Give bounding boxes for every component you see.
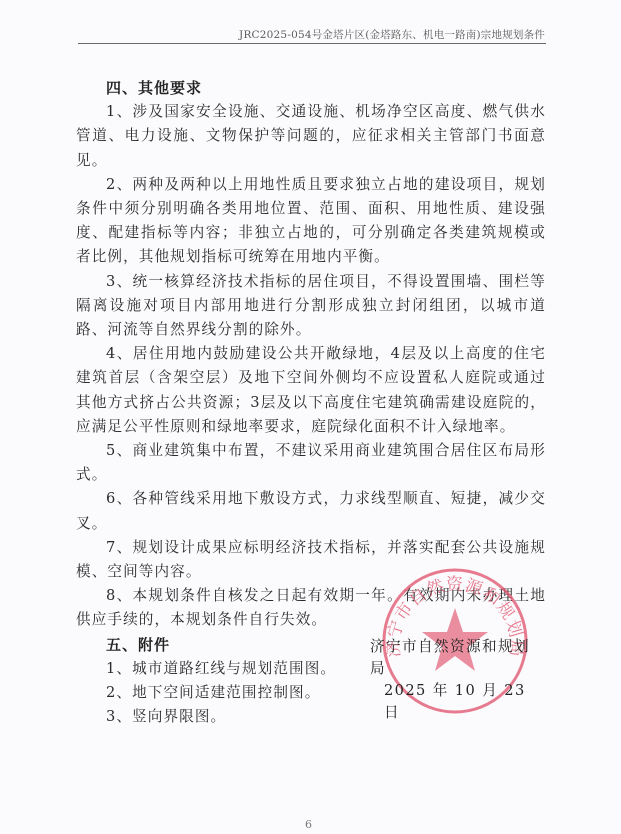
requirement-item-6: 6、各种管线采用地下敷设方式，力求线型顺直、短捷，减少交叉。 [76, 487, 546, 535]
signature-block: 济宁市自然资源和规划局 2025 年 10 月 23 日 [370, 636, 540, 724]
section-heading-other-requirements: 四、其他要求 [76, 76, 546, 100]
signature-date: 2025 年 10 月 23 日 [370, 680, 540, 724]
page-number: 6 [305, 818, 312, 831]
requirement-item-3: 3、统一核算经济技术指标的居住项目，不得设置围墙、围栏等隔离设施对项目内部用地进… [76, 270, 546, 343]
requirement-item-4: 4、居住用地内鼓励建设公共开敞绿地，4层及以上高度的住宅建筑首层（含架空层）及地… [76, 342, 546, 439]
requirement-item-2: 2、两种及两种以上用地性质且要求独立占地的建设项目，规划条件中须分别明确各类用地… [76, 173, 546, 270]
document-page: JRC2025-054号金塔片区(金塔路东、机电一路南)宗地规划条件 四、其他要… [0, 0, 621, 834]
header-divider [78, 43, 546, 44]
signature-organization: 济宁市自然资源和规划局 [370, 636, 540, 680]
requirement-item-1: 1、涉及国家安全设施、交通设施、机场净空区高度、燃气供水管道、电力设施、文物保护… [76, 100, 546, 173]
document-header-title: JRC2025-054号金塔片区(金塔路东、机电一路南)宗地规划条件 [239, 27, 545, 42]
requirement-item-5: 5、商业建筑集中布置，不建议采用商业建筑围合居住区布局形式。 [76, 439, 546, 487]
